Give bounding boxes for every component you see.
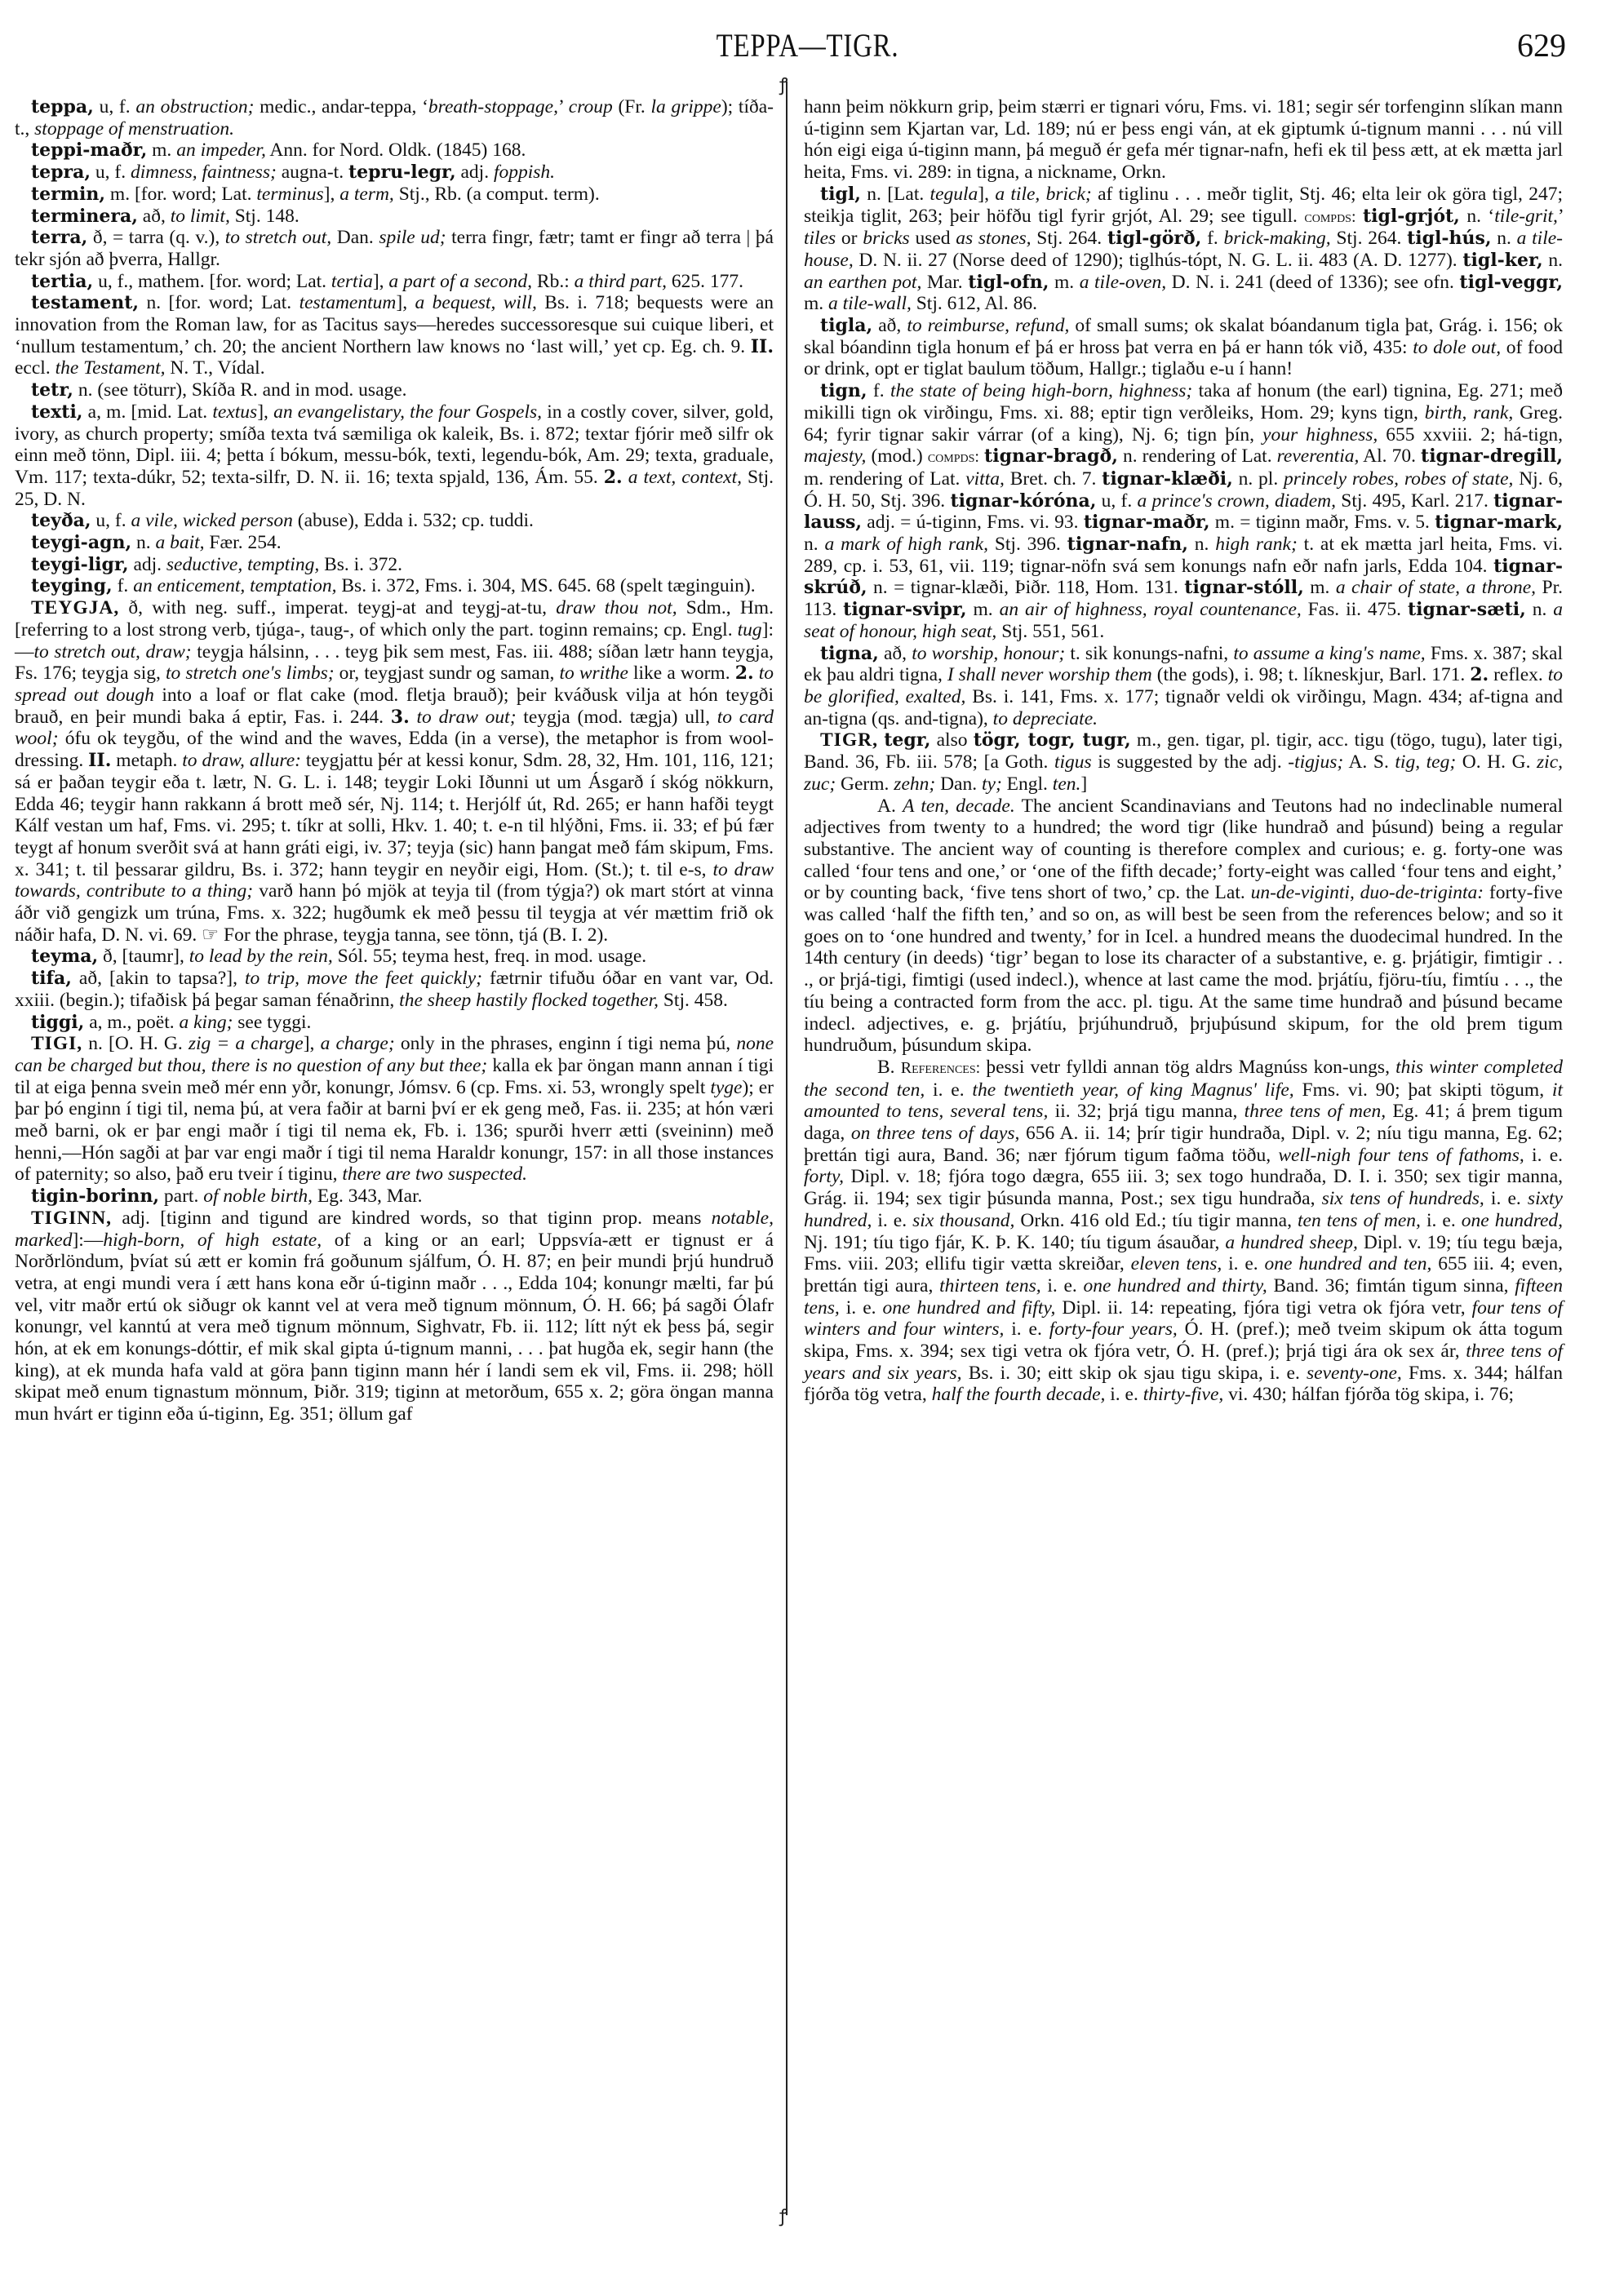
entry-text: D. N. ii. 27 (Norse deed of 1290); tiglh…	[854, 250, 1463, 271]
small-caps-label: compds:	[928, 448, 979, 466]
gloss-italic: reverentia,	[1277, 445, 1360, 467]
entry-text: O. H. G.	[1456, 751, 1537, 773]
entry-text: Bret. ch. 7.	[1005, 468, 1102, 490]
gloss-italic: draw thou not,	[556, 597, 677, 618]
headword: texti,	[31, 401, 82, 423]
gloss-italic: tigus	[1054, 751, 1092, 773]
gloss-italic: seductive, tempting,	[166, 554, 319, 575]
gloss-italic: your highness,	[1262, 424, 1378, 445]
entry-text: Germ.	[836, 773, 894, 795]
dictionary-entry: tiggi, a, m., poët. a king; see tyggi.	[15, 1012, 774, 1034]
entry-text	[1356, 206, 1363, 227]
entry-text: n. = tignar-klæði, Þiðr. 118, Hom. 131.	[867, 577, 1185, 598]
gloss-italic: textus	[212, 401, 257, 423]
entry-text: ’	[1558, 206, 1563, 227]
headword: tiggi,	[31, 1012, 84, 1033]
entry-text: f.	[867, 380, 890, 401]
entry-text: Ann. for Nord. Oldk. (1845) 168.	[266, 140, 526, 161]
gloss-italic: a tile-oven,	[1080, 272, 1166, 293]
gloss-italic: three tens of men,	[1245, 1101, 1386, 1122]
entry-text: n.	[1543, 250, 1563, 271]
gloss-italic: spile ud;	[379, 227, 446, 248]
entry-text: Stj. 551, 561.	[996, 621, 1104, 642]
entry-text: ð, [taumr],	[98, 946, 189, 967]
dictionary-entry: tigin-borinn, part. of noble birth, Eg. …	[15, 1186, 774, 1208]
entry-text: i. e.	[1421, 1210, 1462, 1231]
entry-text: Orkn. 416 old Ed.; tíu tigir manna,	[1014, 1210, 1298, 1231]
entry-text: ð, = tarra (q. v.),	[87, 227, 225, 248]
small-caps-label: compds:	[1304, 208, 1355, 226]
column-divider	[786, 82, 788, 2215]
bottom-ornament-icon: ꝭ	[779, 2203, 788, 2227]
entry-text: ],	[304, 1033, 321, 1054]
entry-text: Mar.	[921, 272, 968, 293]
right-column: hann þeim nökkurn grip, þeim stærri er t…	[804, 96, 1563, 1406]
entry-text: teygja (mod. tægja) ull,	[517, 707, 717, 728]
entry-text: m.	[804, 293, 828, 314]
headword: II.	[88, 750, 111, 771]
entry-text: part.	[159, 1186, 203, 1207]
gloss-italic: high rank;	[1215, 534, 1298, 555]
entry-text: N. T., Vídal.	[166, 357, 265, 379]
gloss-italic: six thousand,	[912, 1210, 1014, 1231]
entry-text: u, f., mathem. [for. word; Lat.	[93, 271, 331, 292]
entry-text: Nj. 191; tíu tigo fjár, K. Þ. K. 140; tí…	[804, 1232, 1225, 1253]
entry-text: Stj. 495, Karl. 217.	[1336, 490, 1493, 512]
gloss-italic: an enticement, temptation,	[133, 575, 336, 596]
entry-text: n. [Lat.	[861, 184, 930, 205]
dictionary-entry: tertia, u, f., mathem. [for. word; Lat. …	[15, 271, 774, 293]
entry-text: ]	[1080, 773, 1087, 795]
entry-text: D. N. i. 241 (deed of 1336); see ofn.	[1166, 272, 1459, 293]
dictionary-entry: tigl, n. [Lat. tegula], a tile, brick; a…	[804, 184, 1563, 315]
entry-text: 655 xxviii. 2; há-tign,	[1378, 424, 1563, 445]
entry-text: n. (see töturr), Skíða R. and in mod. us…	[73, 379, 407, 401]
gloss-italic: to dole out,	[1413, 337, 1501, 358]
gloss-italic: one hundred and ten,	[1265, 1253, 1432, 1274]
headword: tigl,	[820, 184, 861, 205]
entry-text: að,	[138, 206, 171, 227]
gloss-italic: a hundred sheep,	[1225, 1232, 1358, 1253]
headword: tifa,	[31, 968, 72, 989]
gloss-italic: vitta,	[965, 468, 1005, 490]
headword: tetr,	[31, 379, 73, 401]
gloss-italic: ten tens of men,	[1298, 1210, 1421, 1231]
gloss-italic: forty,	[804, 1166, 844, 1187]
entry-text	[623, 467, 628, 488]
entry-text: is suggested by the adj.	[1092, 751, 1289, 773]
headword: tigla,	[820, 315, 872, 336]
dictionary-entry: tifa, að, [akin to tapsa?], to trip, mov…	[15, 968, 774, 1011]
entry-text: u, f.	[91, 510, 131, 531]
entry-text: or, teygjast sundr og saman,	[335, 663, 560, 684]
entry-text: (abuse), Edda i. 532; cp. tuddi.	[293, 510, 534, 531]
headword: teyma,	[31, 946, 98, 967]
entry-text: hann þeim nökkurn grip, þeim stærri er t…	[804, 96, 1563, 183]
entry-text: Fær. 254.	[205, 532, 282, 553]
gloss-italic: to draw out;	[417, 707, 517, 728]
headword: tignar-klæði,	[1102, 468, 1233, 490]
entry-text: adj. [tiginn and tigund are kindred word…	[112, 1208, 712, 1229]
dictionary-entry: TEYGJA, ð, with neg. suff., imperat. tey…	[15, 597, 774, 946]
gloss-italic: princely robes, robes of state,	[1284, 468, 1513, 490]
dictionary-entry: teppi-maðr, m. an impeder, Ann. for Nord…	[15, 140, 774, 162]
entry-text	[410, 707, 417, 728]
gloss-italic: a chair of state, a throne,	[1336, 577, 1536, 598]
dictionary-entry: tign, f. the state of being high-born, h…	[804, 380, 1563, 642]
gloss-italic: the Testament,	[55, 357, 166, 379]
gloss-italic: as stones,	[956, 228, 1031, 249]
entry-text: u, f.	[91, 162, 131, 183]
entry-text: i. e.	[1105, 1384, 1142, 1405]
gloss-italic: one hundred and fifty,	[883, 1297, 1056, 1319]
headword: teppi-maðr,	[31, 140, 147, 161]
entry-text: A. S.	[1343, 751, 1395, 773]
entry-text: adj. = ú-tiginn, Fms. vi. 93.	[862, 512, 1084, 533]
gloss-italic: to writhe	[559, 663, 628, 684]
gloss-italic: tertia	[331, 271, 373, 292]
gloss-italic: thirty-five,	[1143, 1384, 1224, 1405]
entry-text: Fas. ii. 475.	[1302, 599, 1408, 620]
gloss-italic: foppish.	[494, 162, 555, 183]
gloss-italic: on three tens of days,	[851, 1123, 1020, 1144]
entry-text: i. e.	[1524, 1145, 1563, 1166]
gloss-italic: to lead by the rein,	[189, 946, 333, 967]
entry-text: m.	[147, 140, 176, 161]
entry-text: like a worm.	[628, 663, 735, 684]
dictionary-entry: teygi-ligr, adj. seductive, tempting, Bs…	[15, 554, 774, 576]
gloss-italic: croup	[569, 96, 613, 117]
gloss-italic: a term,	[339, 184, 394, 205]
gloss-italic: to stretch one's limbs;	[166, 663, 335, 684]
dictionary-entry: teyma, ð, [taumr], to lead by the rein, …	[15, 946, 774, 968]
entry-text: Stj. 612, Al. 86.	[912, 293, 1037, 314]
headword: teygi-ligr,	[31, 554, 129, 575]
entry-text: m.	[1049, 272, 1079, 293]
headword: tignar-maðr,	[1084, 512, 1210, 533]
gloss-italic: -tigjus;	[1288, 751, 1343, 773]
dictionary-entry: termin, m. [for. word; Lat. terminus], a…	[15, 184, 774, 206]
entry-text: i. e.	[872, 1210, 912, 1231]
gloss-italic: an impeder,	[176, 140, 266, 161]
entry-text: n.	[804, 534, 824, 555]
entry-text: að,	[879, 643, 912, 664]
headword: tignar-stóll,	[1184, 577, 1303, 598]
entry-text: n.	[1188, 534, 1215, 555]
gloss-italic: un-de-viginti, duo-de-triginta:	[1251, 882, 1484, 903]
entry-text: að, [akin to tapsa?],	[72, 968, 245, 989]
entry-text: að,	[872, 315, 907, 336]
entry-text: (the gods), i. 98; t. líkneskjur, Barl. …	[1152, 664, 1470, 685]
gloss-italic: a king;	[179, 1012, 233, 1033]
entry-text: ],	[396, 292, 415, 313]
dictionary-entry: tepra, u, f. dimness, faintness; augna-t…	[15, 162, 774, 184]
headword: 2.	[604, 467, 623, 488]
dictionary-entry: hann þeim nökkurn grip, þeim stærri er t…	[804, 96, 1563, 184]
gloss-italic: a vile, wicked person	[131, 510, 292, 531]
entry-text	[895, 1057, 901, 1078]
gloss-italic: tegula	[930, 184, 978, 205]
entry-text: Engl.	[1002, 773, 1053, 795]
small-caps-label: References:	[901, 1059, 980, 1077]
gloss-italic: half the fourth decade,	[932, 1384, 1106, 1405]
entry-text: augna-t.	[277, 162, 348, 183]
gloss-italic: the twentieth year, of king Magnus' life…	[972, 1079, 1293, 1101]
headword: terminera,	[31, 206, 138, 227]
headword: termin,	[31, 184, 105, 205]
gloss-italic: eleven tens,	[1131, 1253, 1222, 1274]
entry-text: m.	[967, 599, 1000, 620]
gloss-italic: A ten, decade.	[903, 796, 1015, 817]
gloss-italic: a bait,	[155, 532, 204, 553]
gloss-italic: an air of highness, royal countenance,	[1000, 599, 1302, 620]
headword: 2.	[1470, 664, 1489, 685]
gloss-italic: zig = a charge	[189, 1033, 304, 1054]
headword: tignar-sæti,	[1408, 599, 1526, 620]
gloss-italic: one hundred,	[1462, 1210, 1563, 1231]
gloss-italic: a charge;	[321, 1033, 395, 1054]
entry-text: t. sik konungs-nafni,	[1065, 643, 1233, 664]
dictionary-entry: teyða, u, f. a vile, wicked person (abus…	[15, 510, 774, 532]
entry-text: m. rendering of Lat.	[804, 468, 965, 490]
entry-text: see tyggi.	[233, 1012, 311, 1033]
headword: tögr, togr, tugr,	[974, 729, 1131, 751]
entry-text: i. e.	[1222, 1253, 1264, 1274]
headword-caps: TIGR,	[820, 729, 878, 751]
gloss-italic: terminus	[256, 184, 323, 205]
entry-text: A.	[877, 796, 896, 817]
gloss-italic: to reimburse, refund,	[907, 315, 1069, 336]
headword: tertia,	[31, 271, 93, 292]
headword: tigl-veggr,	[1459, 272, 1563, 293]
gloss-italic: to limit,	[171, 206, 230, 227]
left-column: teppa, u, f. an obstruction; medic., and…	[15, 96, 774, 1425]
entry-text: of a king or an earl; Uppsvía-ætt er tig…	[15, 1230, 774, 1425]
entry-text: Dipl. ii. 14: repeating, fjóra tigi vetr…	[1055, 1297, 1471, 1319]
gloss-italic: an earthen pot,	[804, 272, 921, 293]
headword: tegr,	[884, 729, 930, 751]
entry-text: 625. 177.	[667, 271, 743, 292]
dictionary-entry: TIGR, tegr, also tögr, togr, tugr, m., g…	[804, 729, 1563, 795]
entry-text: Bs. i. 30; eitt skip ok sjau tigu skipa,…	[962, 1363, 1307, 1384]
gloss-italic: tug	[738, 619, 762, 640]
gloss-italic: to assume a king's name,	[1233, 643, 1425, 664]
headword: tigl-grjót,	[1363, 206, 1460, 227]
gloss-italic: to stretch out,	[225, 227, 331, 248]
headword: tign,	[820, 380, 867, 401]
entry-text: i. e.	[925, 1079, 972, 1101]
gloss-italic: well-nigh four tens of fathoms,	[1278, 1145, 1524, 1166]
entry-text: Dan.	[331, 227, 379, 248]
entry-text: Fms. vi. 90; þat skipti tögum,	[1294, 1079, 1552, 1101]
headword: tigl-hús,	[1407, 228, 1491, 249]
entry-text: i. e.	[1004, 1319, 1049, 1340]
gloss-italic: majesty,	[804, 445, 866, 467]
entry-text: f.	[1201, 228, 1223, 249]
gloss-italic: testamentum	[299, 292, 397, 313]
entry-text: a, m. [mid. Lat.	[82, 401, 212, 423]
gloss-italic: tile-grit,	[1494, 206, 1558, 227]
gloss-italic: a text, context,	[628, 467, 742, 488]
entry-text: also	[930, 729, 973, 751]
dictionary-entry: tetr, n. (see töturr), Skíða R. and in m…	[15, 379, 774, 401]
entry-text: Band. 36; fimtán tigum sinna,	[1267, 1275, 1515, 1296]
gloss-italic: birth, rank,	[1425, 402, 1513, 423]
dictionary-entry: teppa, u, f. an obstruction; medic., and…	[15, 96, 774, 140]
dictionary-entry: tigna, að, to worship, honour; t. sik ko…	[804, 643, 1563, 730]
entry-text: forty-five was called ‘half the fifth te…	[804, 882, 1563, 1056]
entry-text: i. e.	[840, 1297, 883, 1319]
gloss-italic: to trip, move the feet quickly;	[245, 968, 482, 989]
entry-text: Sól. 55; teyma hest, freq. in mod. usage…	[333, 946, 646, 967]
entry-text: ],	[257, 401, 273, 423]
entry-text: n. [for. word; Lat.	[139, 292, 299, 313]
gloss-italic: seventy-one,	[1307, 1363, 1402, 1384]
entry-text: m. = tiginn maðr, Fms. v. 5.	[1210, 512, 1435, 533]
entry-text: used	[910, 228, 956, 249]
headword: II.	[751, 336, 774, 357]
entry-text: Stj. 148.	[230, 206, 299, 227]
entry-text: metaph.	[111, 750, 182, 771]
headword: testament,	[31, 292, 139, 313]
entry-text: a, m., poët.	[84, 1012, 179, 1033]
gloss-italic: la grippe	[651, 96, 721, 117]
headword: teygi-agn,	[31, 532, 131, 553]
headword: tepra,	[31, 162, 91, 183]
gloss-italic: a bequest, will,	[415, 292, 537, 313]
entry-text: (mod.)	[866, 445, 927, 467]
headword: tigl-ofn,	[968, 272, 1049, 293]
entry-text: Bs. i. 372.	[319, 554, 402, 575]
entry-text: adj.	[129, 554, 166, 575]
dictionary-entry: A. A ten, decade. The ancient Scandinavi…	[804, 796, 1563, 1057]
entry-text: Rb.:	[532, 271, 575, 292]
gloss-italic: breath-stoppage,	[428, 96, 558, 117]
gloss-italic: a part of a second,	[388, 271, 532, 292]
entry-text: n. rendering of Lat.	[1118, 445, 1277, 467]
gloss-italic: tyge	[710, 1077, 742, 1098]
headword: tignar-nafn,	[1067, 534, 1188, 555]
entry-text: n. [O. H. G.	[82, 1033, 189, 1054]
entry-text: Stj. 264.	[1032, 228, 1107, 249]
headword: terra,	[31, 227, 87, 248]
headword: tigin-borinn,	[31, 1186, 159, 1207]
entry-text: þessi vetr fylldi annan tög aldrs Magnús…	[980, 1057, 1395, 1078]
running-title: TEPPA—TIGR.	[145, 26, 1470, 64]
headword: teppa,	[31, 96, 94, 117]
entry-text: Stj. 396.	[988, 534, 1067, 555]
headword: teyða,	[31, 510, 91, 531]
gloss-italic: of noble birth,	[203, 1186, 313, 1207]
headword: tepru-legr,	[348, 162, 456, 183]
headword: tigl-görð,	[1107, 228, 1201, 249]
dictionary-entry: terminera, að, to limit, Stj. 148.	[15, 206, 774, 228]
gloss-italic: tiles	[804, 228, 836, 249]
headword: tignar-svipr,	[843, 599, 966, 620]
gloss-italic: zehn;	[894, 773, 935, 795]
headword-caps: TIGINN,	[31, 1208, 112, 1229]
gloss-italic: high-born, of high estate,	[103, 1230, 322, 1251]
gloss-italic: ten.	[1053, 773, 1081, 795]
gloss-italic: stoppage of menstruation.	[34, 118, 234, 140]
entry-text: Stj., Rb. (a comput. term).	[394, 184, 600, 205]
page-header: TEPPA—TIGR. 629	[0, 23, 1615, 72]
gloss-italic: brick-making,	[1224, 228, 1331, 249]
entry-text: ]:—	[72, 1230, 103, 1251]
headword: tignar-bragð,	[984, 445, 1118, 467]
gloss-italic: a third part,	[575, 271, 667, 292]
entry-text: Eg. 343, Mar.	[313, 1186, 422, 1207]
headword: tignar-dregill,	[1421, 445, 1563, 467]
entry-text: f.	[113, 575, 133, 596]
gloss-italic: to stretch out, draw;	[34, 641, 192, 663]
entry-text: (Fr.	[613, 96, 651, 117]
entry-text: n. pl.	[1233, 468, 1284, 490]
page-number: 629	[1517, 26, 1566, 64]
gloss-italic: an evangelistary, the four Gospels,	[273, 401, 542, 423]
entry-text: ],	[978, 184, 995, 205]
entry-text: B.	[877, 1057, 895, 1078]
gloss-italic: I shall never worship them	[947, 664, 1152, 685]
entry-text: ],	[373, 271, 389, 292]
gloss-italic: a tile-wall,	[828, 293, 912, 314]
headword: teyging,	[31, 575, 113, 596]
headword: tignar-kóróna,	[950, 490, 1096, 512]
gloss-italic: there are two suspected.	[342, 1164, 527, 1185]
gloss-italic: forty-four years,	[1049, 1319, 1178, 1340]
gloss-italic: one hundred and thirty,	[1083, 1275, 1267, 1296]
entry-text: n.	[1526, 599, 1553, 620]
entry-text: i. e.	[1041, 1275, 1084, 1296]
dictionary-entry: teygi-agn, n. a bait, Fær. 254.	[15, 532, 774, 554]
headword: tigna,	[820, 643, 879, 664]
gloss-italic: six tens of hundreds,	[1322, 1188, 1484, 1209]
entry-text: i. e.	[1484, 1188, 1528, 1209]
top-ornament-icon: ꝭ	[779, 72, 788, 96]
gloss-italic: tig, teg;	[1395, 751, 1456, 773]
entry-text: or	[836, 228, 863, 249]
headword-caps: TEYGJA,	[31, 597, 119, 618]
entry-text: only in the phrases, enginn í tigi nema …	[395, 1033, 737, 1054]
entry-text: ð, with neg. suff., imperat. teygj-at an…	[119, 597, 556, 618]
dictionary-entry: testament, n. [for. word; Lat. testament…	[15, 292, 774, 379]
entry-text: ’	[558, 96, 569, 117]
gloss-italic: the sheep hastily flocked together,	[399, 990, 659, 1011]
entry-text: Dan.	[935, 773, 982, 795]
headword-caps: TIGI,	[31, 1033, 82, 1054]
entry-text: medic., andar-teppa, ‘	[254, 96, 428, 117]
headword: tignar-mark,	[1435, 512, 1563, 533]
entry-text: adj.	[456, 162, 494, 183]
dictionary-entry: terra, ð, = tarra (q. v.), to stretch ou…	[15, 227, 774, 270]
gloss-italic: to depreciate.	[993, 708, 1098, 729]
dictionary-entry: teyging, f. an enticement, temptation, B…	[15, 575, 774, 597]
entry-text: Al. 70.	[1359, 445, 1421, 467]
dictionary-entry: B. References: þessi vetr fylldi annan t…	[804, 1057, 1563, 1406]
entry-text: n.	[1492, 228, 1517, 249]
entry-text: Stj. 458.	[659, 990, 728, 1011]
gloss-italic: the state of being high-born, highness;	[890, 380, 1192, 401]
dictionary-entry: tigla, að, to reimburse, refund, of smal…	[804, 315, 1563, 380]
gloss-italic: a tile, brick;	[995, 184, 1091, 205]
headword: 2.	[735, 663, 754, 684]
entry-text: m. [for. word; Lat.	[105, 184, 256, 205]
gloss-italic: a mark of high rank,	[824, 534, 987, 555]
entry-text: ii. 32; þrjá tigu manna,	[1048, 1101, 1244, 1122]
dictionary-entry: TIGI, n. [O. H. G. zig = a charge], a ch…	[15, 1033, 774, 1186]
entry-text: vi. 430; hálfan fjórða tög skipa, i. 76;	[1223, 1384, 1514, 1405]
gloss-italic: bricks	[863, 228, 909, 249]
